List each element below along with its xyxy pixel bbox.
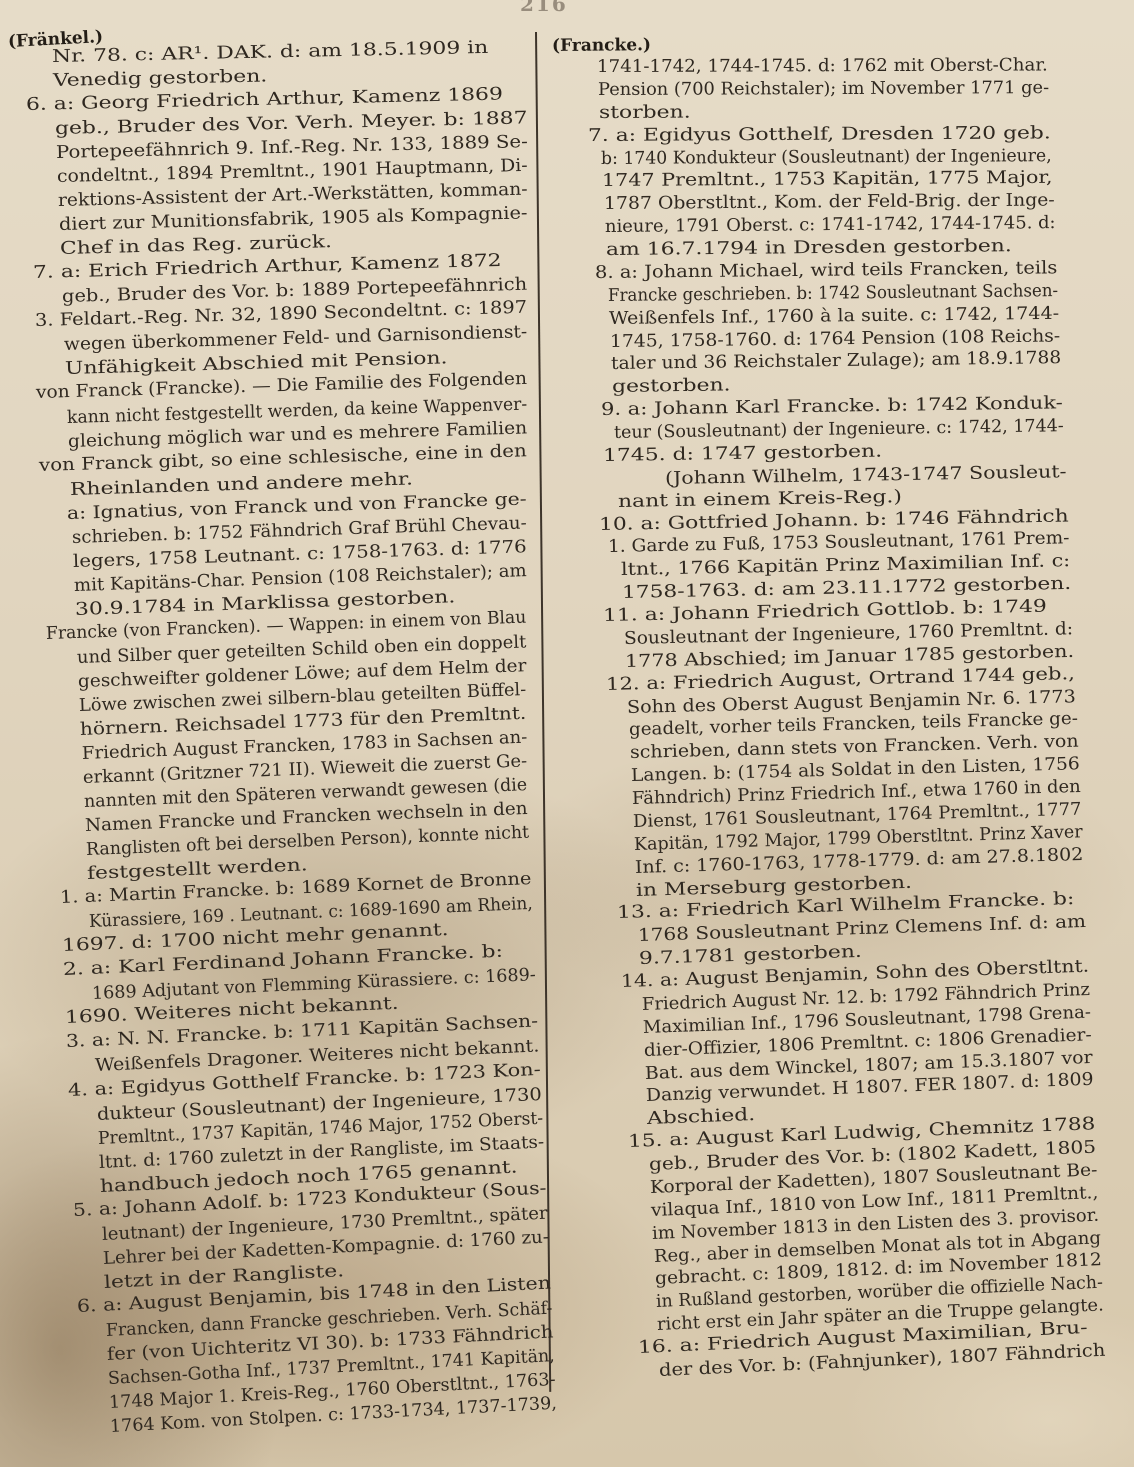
text-line: taler und 36 Reichstaler Zulage); am 18.…: [611, 349, 1061, 375]
text-line: 1745. d: 1747 gestorben.: [603, 441, 882, 465]
text-line: b: 1740 Kondukteur (Sousleutnant) der In…: [601, 146, 1052, 169]
text-line: Abschied.: [647, 1105, 756, 1129]
text-line: teur (Sousleutnant) der Ingenieure. c: 1…: [614, 416, 1064, 443]
text-line: 1745, 1758-1760. d: 1764 Pension (108 Re…: [610, 326, 1060, 352]
text-line: am 16.7.1794 in Dresden gestorben.: [606, 236, 1012, 260]
text-line: Weißenfels Inf., 1760 à la suite. c: 174…: [609, 303, 1059, 328]
text-line: (Johann Wilhelm, 1743-1747 Sousleut-: [664, 462, 1066, 489]
text-line: gestorben.: [612, 376, 731, 398]
text-line: Francke geschrieben. b: 1742 Sousleutnan…: [608, 281, 1058, 306]
right-column: (Francke.) 1741-1742, 1744-1745. d: 1762…: [0, 0, 1134, 1467]
text-line: 8. a: Johann Michael, wird teils Francke…: [595, 258, 1058, 283]
text-line: nant in einem Kreis-Reg.): [617, 487, 901, 512]
running-head-right: (Francke.): [552, 35, 651, 56]
text-line: 9. a: Johann Karl Francke. b: 1742 Kondu…: [601, 393, 1063, 420]
text-line: 1747 Premltnt., 1753 Kapitän, 1775 Major…: [602, 168, 1053, 191]
text-line: Pension (700 Reichstaler); im November 1…: [598, 78, 1049, 100]
text-line: storben.: [599, 102, 691, 122]
text-line: 1787 Oberstltnt., Kom. der Feld-Brig. de…: [603, 191, 1054, 215]
text-line: 7. a: Egidyus Gotthelf, Dresden 1720 geb…: [588, 123, 1051, 146]
text-line: nieure, 1791 Oberst. c: 1741-1742, 1744-…: [605, 213, 1056, 237]
text-line: 1741-1742, 1744-1745. d: 1762 mit Oberst…: [597, 55, 1048, 77]
